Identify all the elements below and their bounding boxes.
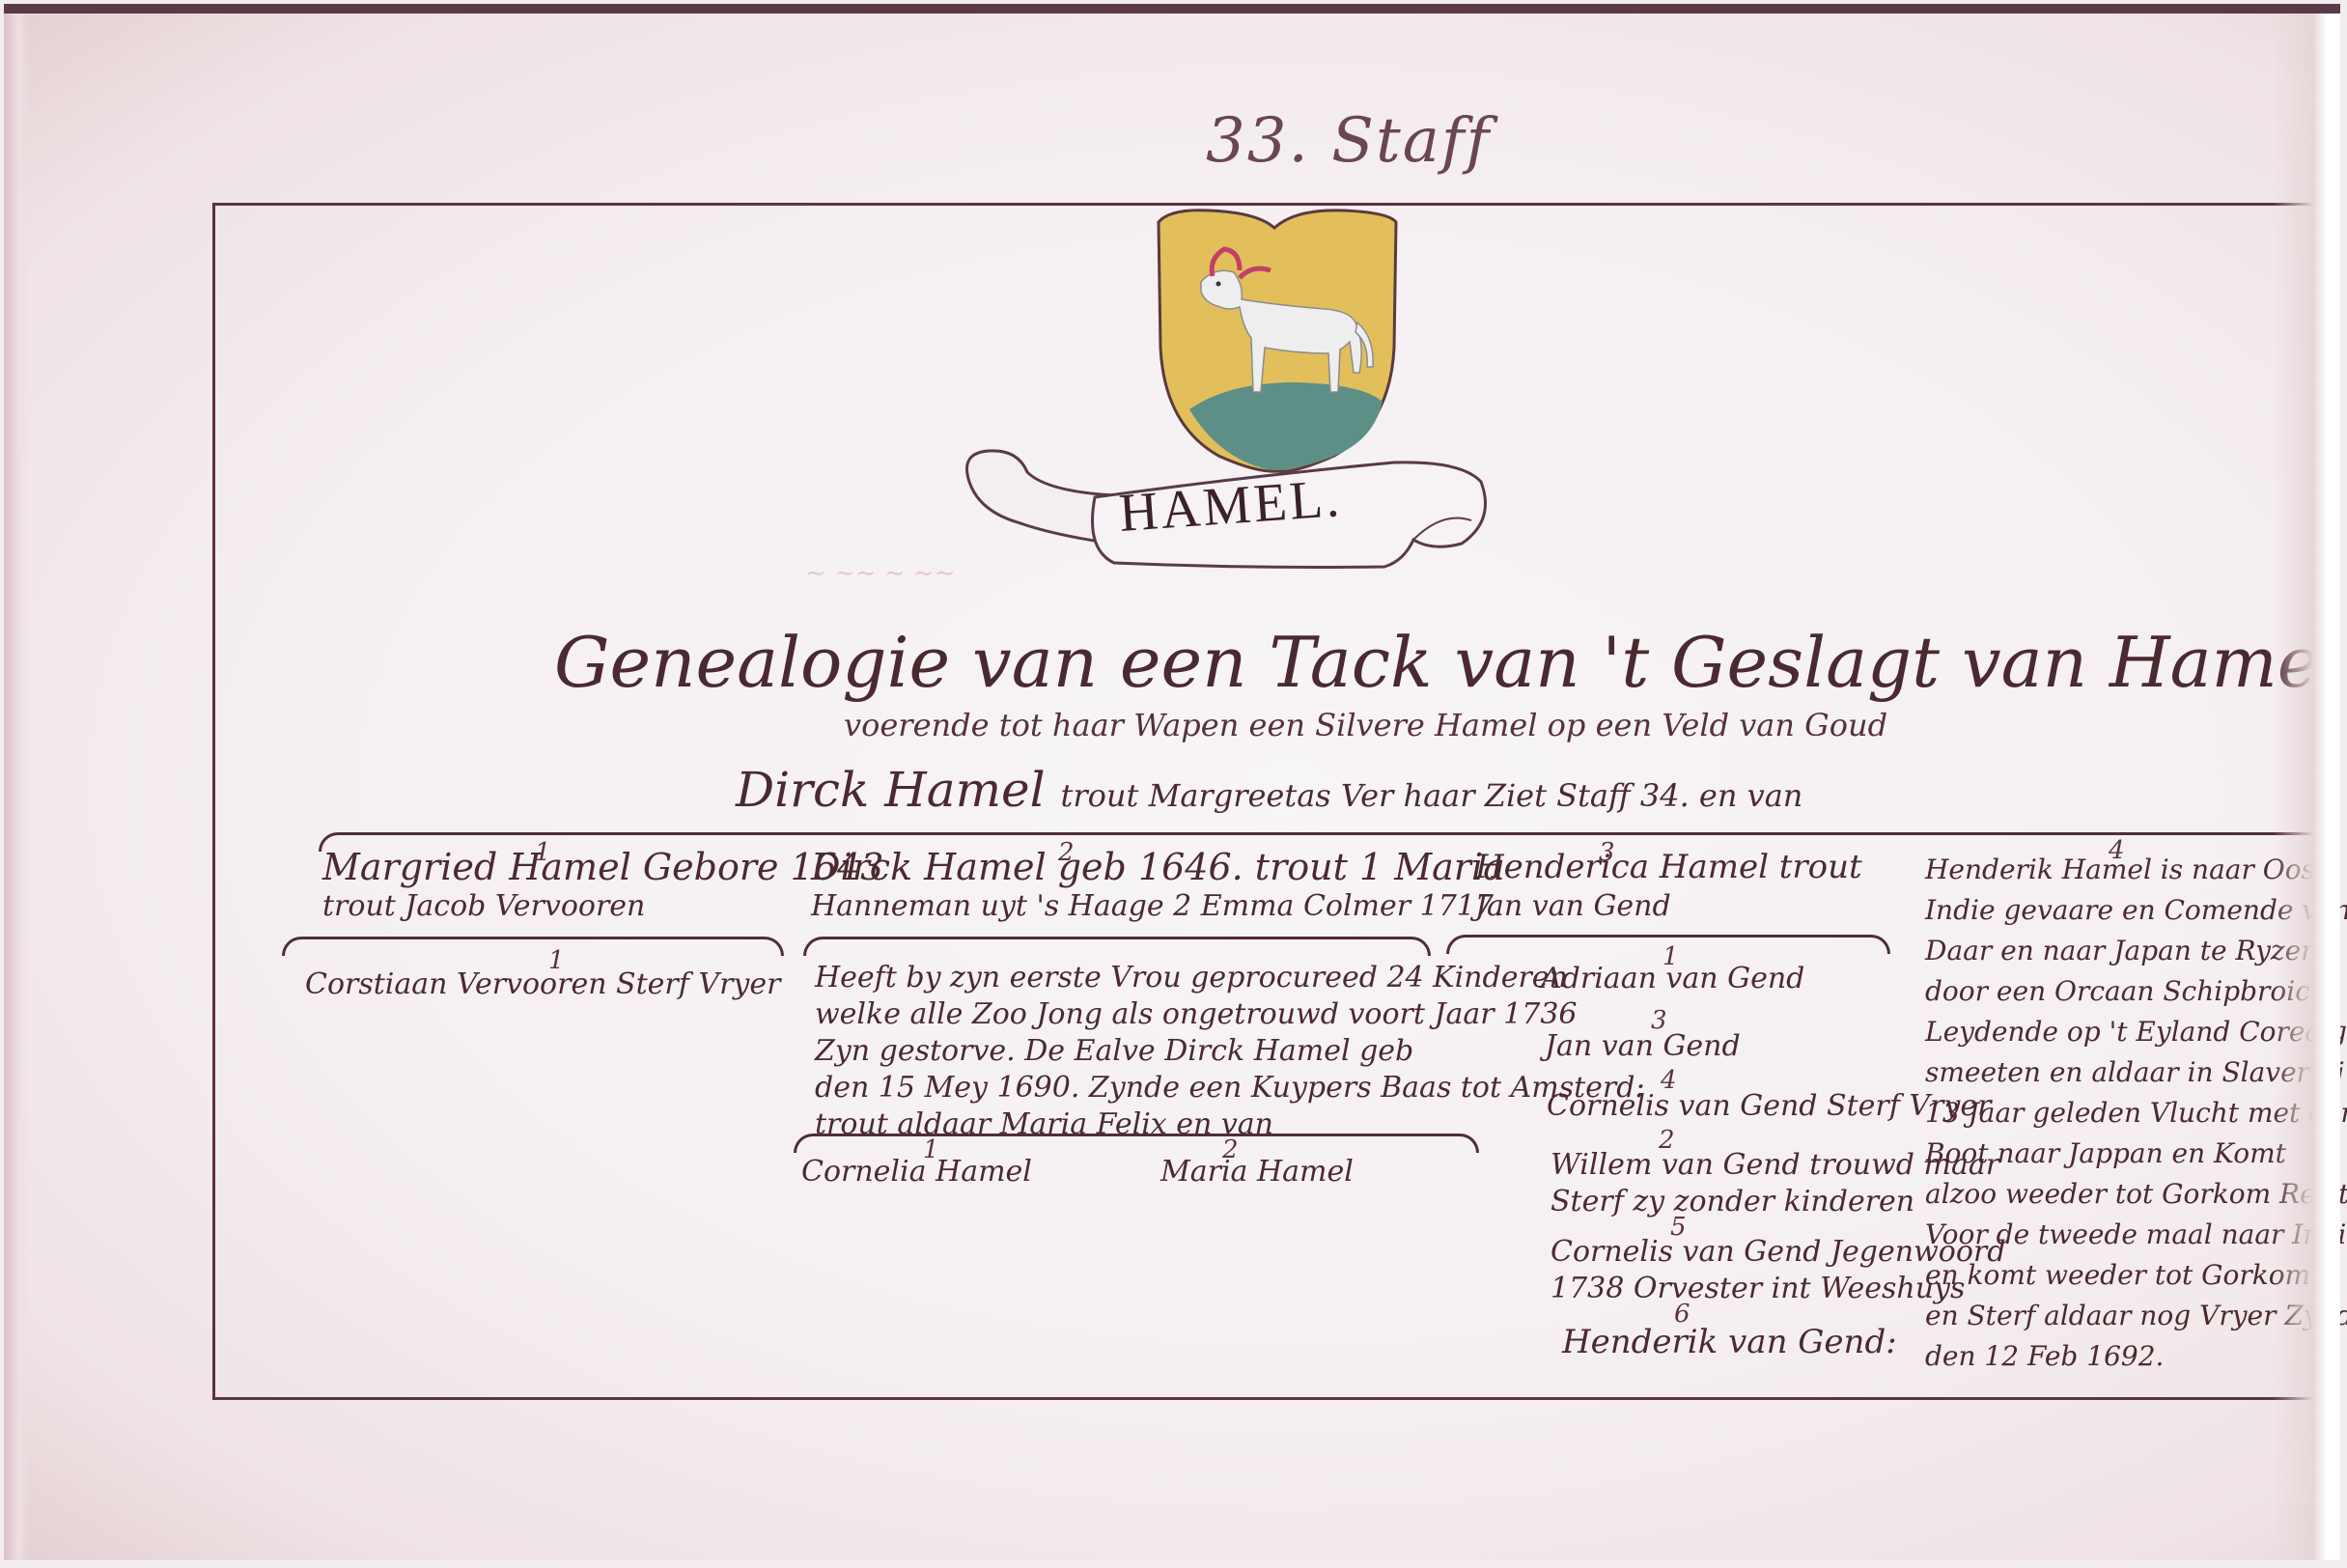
note-line: welke alle Zoo Jong als ongetrouwd voort… <box>815 996 1471 1033</box>
child-line: den 12 Feb 1692. <box>1925 1336 2331 1377</box>
child-line: Voor de tweede maal naar Indie <box>1925 1215 2331 1255</box>
ink-bleed-through: ∼ ∼∼ ∼ ∼∼ <box>805 559 956 588</box>
child-line: Jan van Gend <box>1475 888 1900 925</box>
descendant-name: Corstiaan Vervooren Sterf Vryer <box>305 967 780 1001</box>
descendant-bracket-2 <box>803 937 1431 956</box>
child-line: Henderica Hamel trout <box>1475 846 1900 888</box>
child-line: Margried Hamel Gebore 1643 <box>322 846 786 888</box>
coat-of-arms-shield-icon <box>1151 203 1406 473</box>
child-line: smeeten en aldaar in Slavernij <box>1925 1052 2331 1093</box>
child-line: alzoo weeder tot Gorkom Reist <box>1925 1174 2331 1215</box>
child-2-notes: Heeft by zyn eerste Vrou geprocureed 24 … <box>815 960 1471 1143</box>
child-column-4: 4 Henderik Hamel is naar Oost Indie geva… <box>1925 850 2331 1377</box>
ancestor-marriage-text: trout Margreetas Ver haar Ziet Staff 34.… <box>1061 777 1803 814</box>
child-line: en Sterf aldaar nog Vryer Zynde <box>1925 1296 2331 1336</box>
note-line: Heeft by zyn eerste Vrou geprocureed 24 … <box>815 960 1471 996</box>
child-line: Leydende op 't Eyland Corea ge- <box>1925 1012 2331 1052</box>
child-line: en komt weeder tot Gorkom <box>1925 1255 2331 1296</box>
child-column-2: 2 Dirck Hamel geb 1646. trout 1 Maria Ha… <box>811 846 1467 925</box>
manuscript-page: 33. Staff ∼ ∼∼ ∼ ∼∼ HAMEL. Genealogie va… <box>4 4 2340 1560</box>
child-line: Dirck Hamel geb 1646. trout 1 Maria <box>811 846 1467 888</box>
child-number: 1 <box>535 838 551 867</box>
child-line: door een Orcaan Schipbroick <box>1925 971 2331 1012</box>
child-number: 2 <box>1058 838 1075 867</box>
note-line: den 15 Mey 1690. Zynde een Kuypers Baas … <box>815 1070 1471 1106</box>
descendant-name: Adriaan van Gend <box>1541 962 1804 995</box>
child-line: Hanneman uyt 's Haage 2 Emma Colmer 1717… <box>811 888 1467 925</box>
child-line: 13 Jaar geleden Vlucht met een <box>1925 1093 2331 1134</box>
descendant-name: Maria Hamel <box>1160 1155 1354 1189</box>
child-line: Henderik Hamel is naar Oost <box>1925 850 2331 890</box>
grandchild-bracket-2 <box>794 1134 1479 1153</box>
child-number: 3 <box>1599 838 1615 867</box>
ancestor-name: Dirck Hamel <box>736 762 1046 818</box>
page-title: Genealogie van een Tack van 't Geslagt v… <box>554 622 2340 703</box>
descendant-name: Cornelia Hamel <box>801 1155 1032 1189</box>
ancestor-line: Dirck Hamel trout Margreetas Ver haar Zi… <box>736 762 1802 818</box>
child-line: Daar en naar Japan te Ryzen <box>1925 931 2331 971</box>
staff-number: 33. Staff <box>1206 105 1491 177</box>
descendant-name: Henderik van Gend: <box>1562 1323 1897 1361</box>
descendant-name: Jan van Gend <box>1545 1029 1741 1063</box>
page-subtitle: voerende tot haar Wapen een Silvere Hame… <box>844 707 1887 743</box>
child-line: trout Jacob Vervooren <box>322 888 786 925</box>
child-line: Indie gevaare en Comende van <box>1925 890 2331 931</box>
descendant-bracket-1 <box>282 937 784 956</box>
note-line: Zyn gestorve. De Ealve Dirck Hamel geb <box>815 1033 1471 1070</box>
child-column-3: 3 Henderica Hamel trout Jan van Gend <box>1475 846 1900 925</box>
child-column-1: 1 Margried Hamel Gebore 1643 trout Jacob… <box>322 846 786 925</box>
child-number: 4 <box>2109 836 2125 865</box>
child-line: Boot naar Jappan en Komt <box>1925 1134 2331 1174</box>
